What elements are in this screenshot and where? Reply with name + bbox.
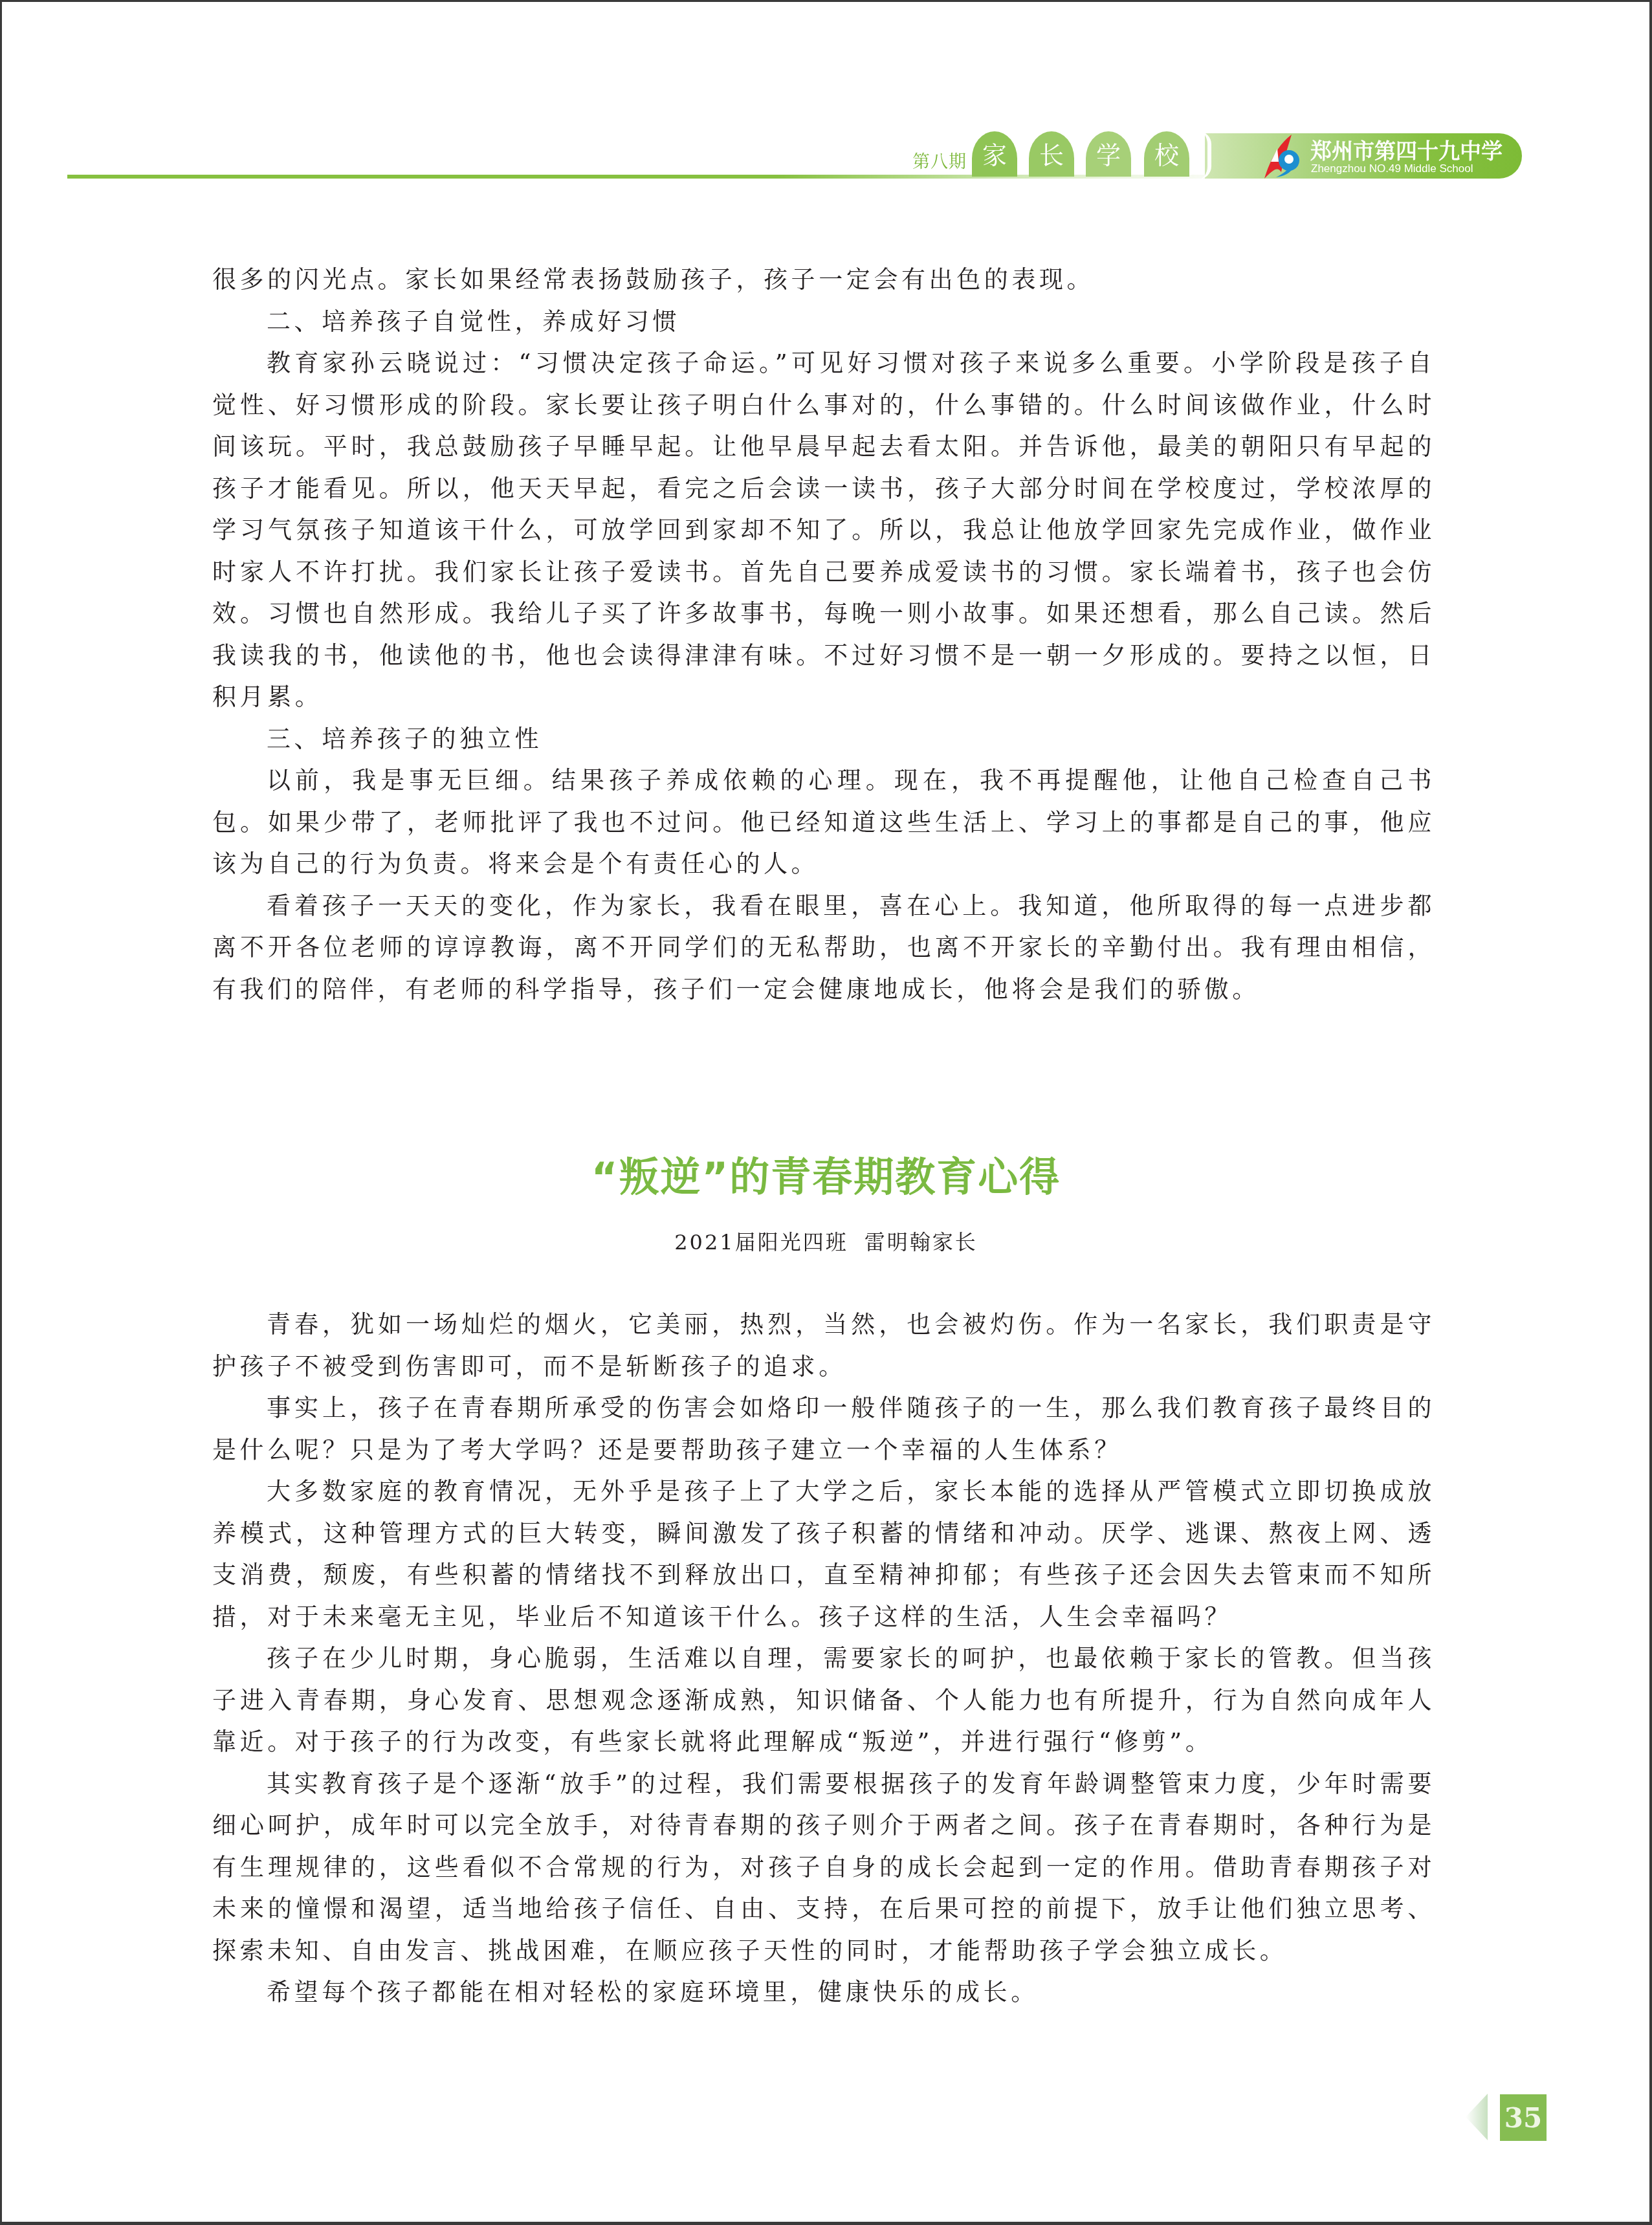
paragraph: 以前，我是事无巨细。结果孩子养成依赖的心理。现在，我不再提醒他，让他自己检查自己… xyxy=(212,760,1435,886)
paragraph: 教育家孙云晓说过：“习惯决定孩子命运。”可见好习惯对孩子来说多么重要。小学阶段是… xyxy=(212,343,1435,719)
article-body: 青春，犹如一场灿烂的烟火，它美丽，热烈，当然，也会被灼伤。作为一名家长，我们职责… xyxy=(212,1304,1435,2014)
school-name-en: Zhengzhou NO.49 Middle School xyxy=(1311,162,1473,175)
article-title: “叛逆”的青春期教育心得 xyxy=(0,1145,1652,1203)
column-title-char: 长 xyxy=(1029,131,1074,177)
page-arrow-icon xyxy=(1466,2094,1488,2140)
paragraph: 青春，犹如一场灿烂的烟火，它美丽，热烈，当然，也会被灼伤。作为一名家长，我们职责… xyxy=(212,1304,1435,1388)
subheading: 三、培养孩子的独立性 xyxy=(212,719,1435,761)
paragraph: 大多数家庭的教育情况，无外乎是孩子上了大学之后，家长本能的选择从严管模式立即切换… xyxy=(212,1471,1435,1638)
paragraph: 事实上，孩子在青春期所承受的伤害会如烙印一般伴随孩子的一生，那么我们教育孩子最终… xyxy=(212,1388,1435,1471)
header-swoosh xyxy=(1198,131,1211,179)
column-title-char: 家 xyxy=(972,131,1017,177)
column-title-char: 学 xyxy=(1086,131,1131,177)
paragraph: 其实教育孩子是个逐渐“放手”的过程，我们需要根据孩子的发育年龄调整管束力度，少年… xyxy=(212,1764,1435,1973)
subheading: 二、培养孩子自觉性，养成好习惯 xyxy=(212,301,1435,344)
paragraph: 很多的闪光点。家长如果经常表扬鼓励孩子，孩子一定会有出色的表现。 xyxy=(212,259,1435,301)
column-title-char: 校 xyxy=(1144,131,1189,177)
school-name-cn: 郑州市第四十九中学 xyxy=(1310,135,1503,165)
paragraph: 希望每个孩子都能在相对轻松的家庭环境里，健康快乐的成长。 xyxy=(212,1972,1435,2014)
issue-label: 第八期 xyxy=(912,148,967,173)
paragraph: 孩子在少儿时期，身心脆弱，生活难以自理，需要家长的呵护，也最依赖于家长的管教。但… xyxy=(212,1638,1435,1764)
school-logo-icon xyxy=(1262,133,1303,180)
previous-article-continuation: 很多的闪光点。家长如果经常表扬鼓励孩子，孩子一定会有出色的表现。 二、培养孩子自… xyxy=(212,259,1435,1011)
page-number: 35 xyxy=(1500,2094,1547,2141)
paragraph: 看着孩子一天天的变化，作为家长，我看在眼里，喜在心上。我知道，他所取得的每一点进… xyxy=(212,886,1435,1011)
article-byline: 2021届阳光四班 雷明翰家长 xyxy=(0,1226,1652,1256)
